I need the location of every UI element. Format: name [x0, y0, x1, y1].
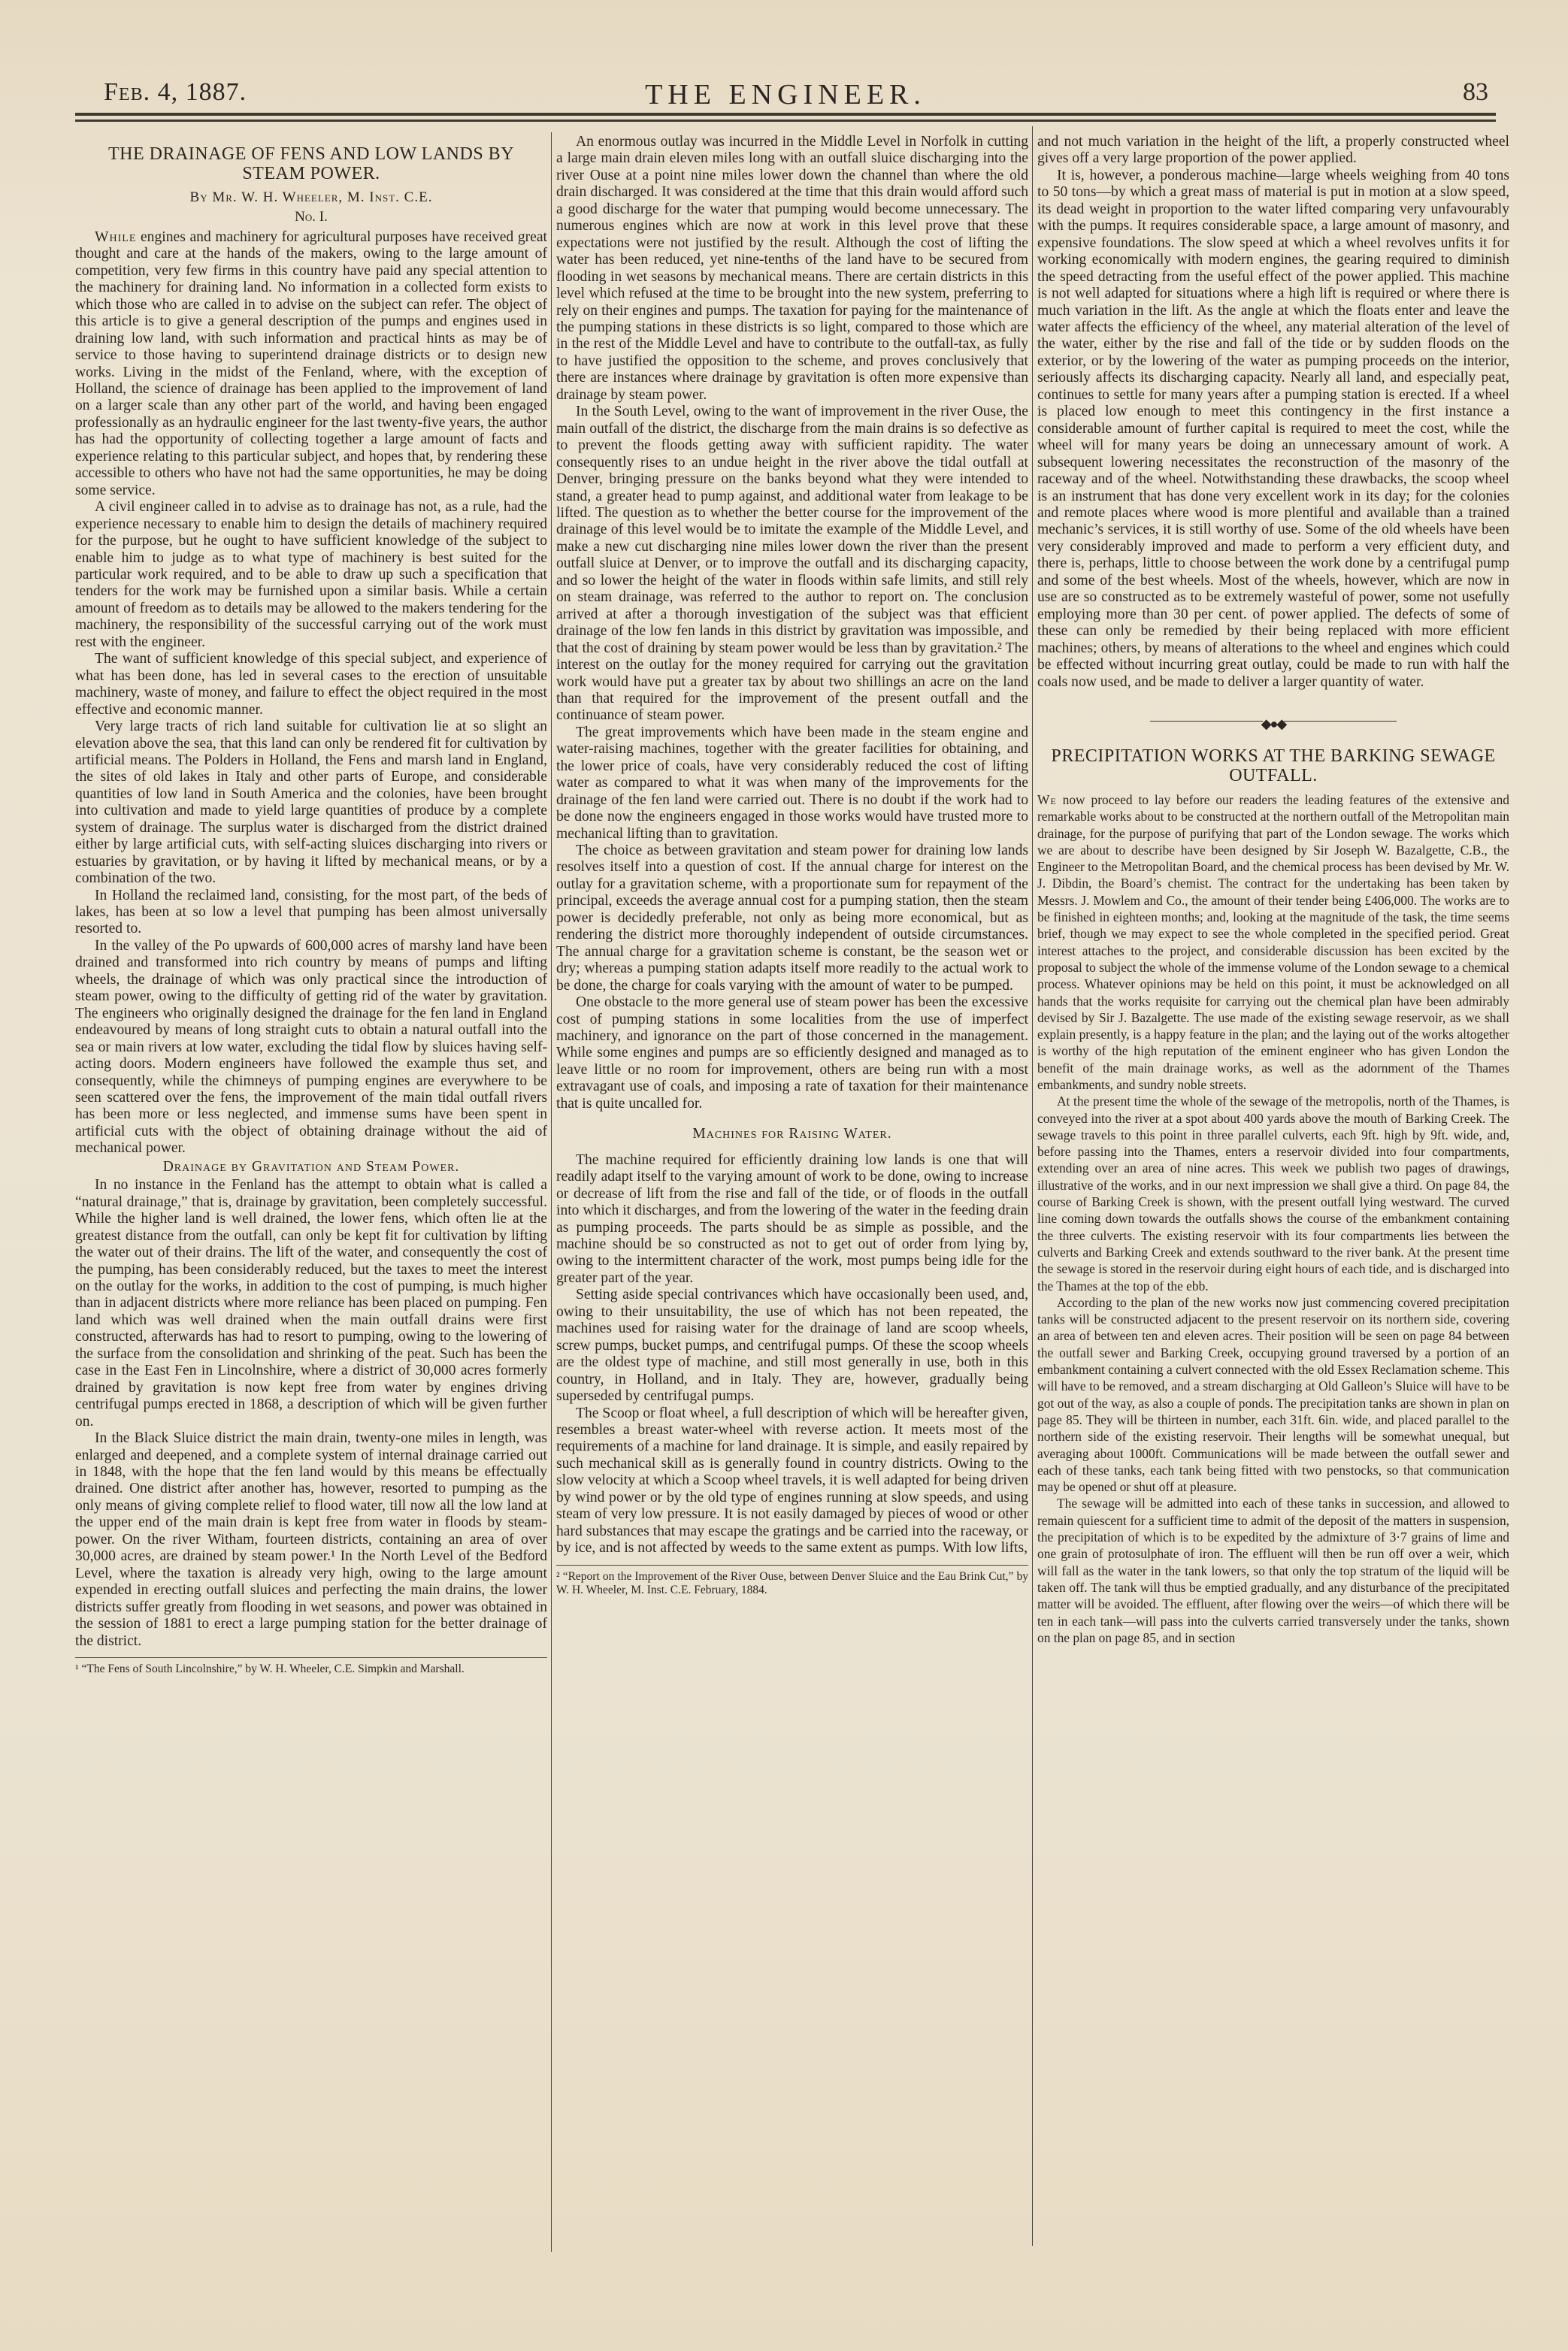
- section-subheading: Drainage by Gravitation and Steam Power.: [75, 1159, 547, 1175]
- footnote-divider: [75, 1657, 547, 1658]
- article-separator: ◆●◆: [1037, 716, 1509, 727]
- separator-line: [1150, 721, 1263, 722]
- section-subheading: Machines for Raising Water.: [556, 1126, 1028, 1142]
- column-divider: [1032, 126, 1033, 2246]
- publication-title: THE ENGINEER.: [75, 78, 1496, 111]
- footnote-divider: [556, 1565, 1028, 1566]
- paragraph: The great improvements which have been m…: [556, 725, 1028, 843]
- footnote: ¹ “The Fens of South Lincolnshire,” by W…: [75, 1663, 547, 1676]
- paragraph: In no instance in the Fenland has the at…: [75, 1177, 547, 1430]
- paragraph: The choice as between gravitation and st…: [556, 843, 1028, 994]
- footnote: ² “Report on the Improvement of the Rive…: [556, 1570, 1028, 1597]
- paragraph: and not much variation in the height of …: [1037, 134, 1509, 168]
- separator-line: [1284, 721, 1397, 722]
- paragraph: Very large tracts of rich land suitable …: [75, 719, 547, 888]
- paragraph: At the present time the whole of the sew…: [1037, 1093, 1509, 1294]
- column-divider: [551, 132, 552, 2252]
- column-3: and not much variation in the height of …: [1037, 134, 1509, 1646]
- paragraph: According to the plan of the new works n…: [1037, 1294, 1509, 1496]
- paragraph: In the valley of the Po upwards of 600,0…: [75, 938, 547, 1157]
- article-headline: Precipitation Works at the Barking Sewag…: [1037, 746, 1509, 785]
- newspaper-page: Feb. 4, 1887. THE ENGINEER. 83 The Drain…: [0, 0, 1568, 2351]
- masthead-double-rule: [75, 113, 1496, 122]
- paragraph: A civil engineer called in to advise as …: [75, 499, 547, 651]
- article-headline: The Drainage of Fens and Low Lands by St…: [75, 144, 547, 183]
- paragraph: The want of sufficient knowledge of this…: [75, 651, 547, 719]
- paragraph: We now proceed to lay before our readers…: [1037, 791, 1509, 1093]
- diamond-ornament-icon: ◆●◆: [1261, 716, 1286, 731]
- paragraph: In Holland the reclaimed land, consistin…: [75, 888, 547, 938]
- paragraph: In the South Level, owing to the want of…: [556, 404, 1028, 725]
- paragraph: One obstacle to the more general use of …: [556, 994, 1028, 1112]
- column-2: An enormous outlay was incurred in the M…: [556, 134, 1028, 1597]
- page-number: 83: [1463, 78, 1488, 107]
- paragraph: Setting aside special contrivances which…: [556, 1287, 1028, 1405]
- article-part-number: No. I.: [75, 209, 547, 225]
- masthead: Feb. 4, 1887. THE ENGINEER. 83: [75, 75, 1496, 113]
- article-byline: By Mr. W. H. Wheeler, M. Inst. C.E.: [75, 189, 547, 206]
- paragraph: The machine required for efficiently dra…: [556, 1152, 1028, 1287]
- lead-word: While: [95, 229, 136, 245]
- paragraph: The Scoop or float wheel, a full descrip…: [556, 1405, 1028, 1557]
- paragraph: An enormous outlay was incurred in the M…: [556, 134, 1028, 404]
- paragraph: The sewage will be admitted into each of…: [1037, 1495, 1509, 1646]
- paragraph: In the Black Sluice district the main dr…: [75, 1430, 547, 1650]
- paragraph: While engines and machinery for agricult…: [75, 229, 547, 499]
- lead-word: We: [1037, 792, 1057, 807]
- column-1: The Drainage of Fens and Low Lands by St…: [75, 134, 547, 1676]
- paragraph: It is, however, a ponderous machine—larg…: [1037, 168, 1509, 691]
